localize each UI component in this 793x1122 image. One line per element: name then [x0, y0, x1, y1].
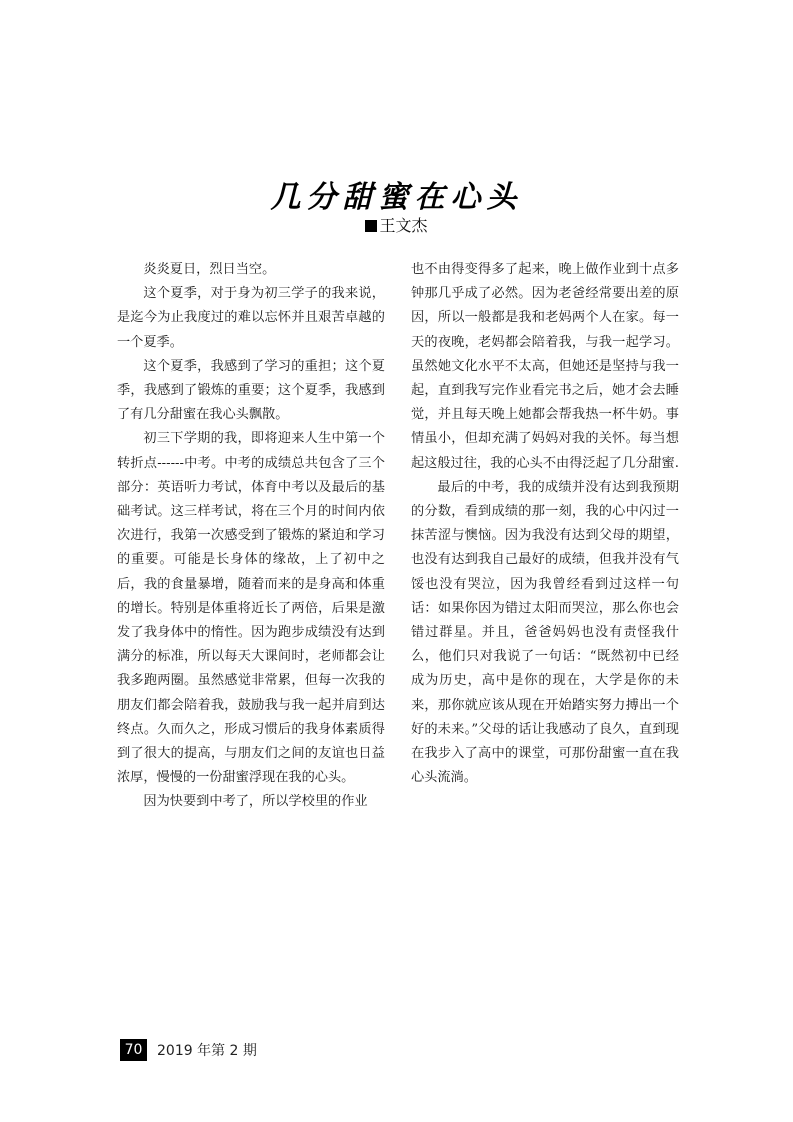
page-footer: 70 2019 年第 2 期 — [120, 1038, 257, 1062]
paragraph: 这个夏季，我感到了学习的重担；这个夏季，我感到了锻炼的重要；这个夏季，我感到了有… — [117, 355, 385, 428]
right-column: 也不由得变得多了起来，晚上做作业到十点多钟那几乎成了必然。因为老爸经常要出差的原… — [411, 258, 679, 790]
left-column: 炎炎夏日，烈日当空。 这个夏季，对于身为初三学子的我来说，是迄今为止我度过的难以… — [117, 258, 385, 815]
paragraph: 这个夏季，对于身为初三学子的我来说，是迄今为止我度过的难以忘怀并且艰苦卓越的一个… — [117, 282, 385, 355]
page-number: 70 — [120, 1039, 147, 1061]
paragraph: 炎炎夏日，烈日当空。 — [117, 258, 385, 282]
author-name: 王文杰 — [379, 216, 427, 235]
square-bullet-icon — [365, 220, 377, 232]
issue-label: 2019 年第 2 期 — [157, 1040, 257, 1060]
paragraph: 初三下学期的我，即将迎来人生中第一个转折点------中考。中考的成绩总共包含了… — [117, 427, 385, 790]
article-title: 几分甜蜜在心头 — [0, 172, 793, 216]
paragraph: 最后的中考，我的成绩并没有达到我预期的分数，看到成绩的那一刻，我的心中闪过一抹苦… — [411, 476, 679, 791]
paragraph: 因为快要到中考了，所以学校里的作业 — [117, 790, 385, 814]
byline: 王文杰 — [0, 213, 793, 236]
paragraph-continued: 也不由得变得多了起来，晚上做作业到十点多钟那几乎成了必然。因为老爸经常要出差的原… — [411, 258, 679, 476]
